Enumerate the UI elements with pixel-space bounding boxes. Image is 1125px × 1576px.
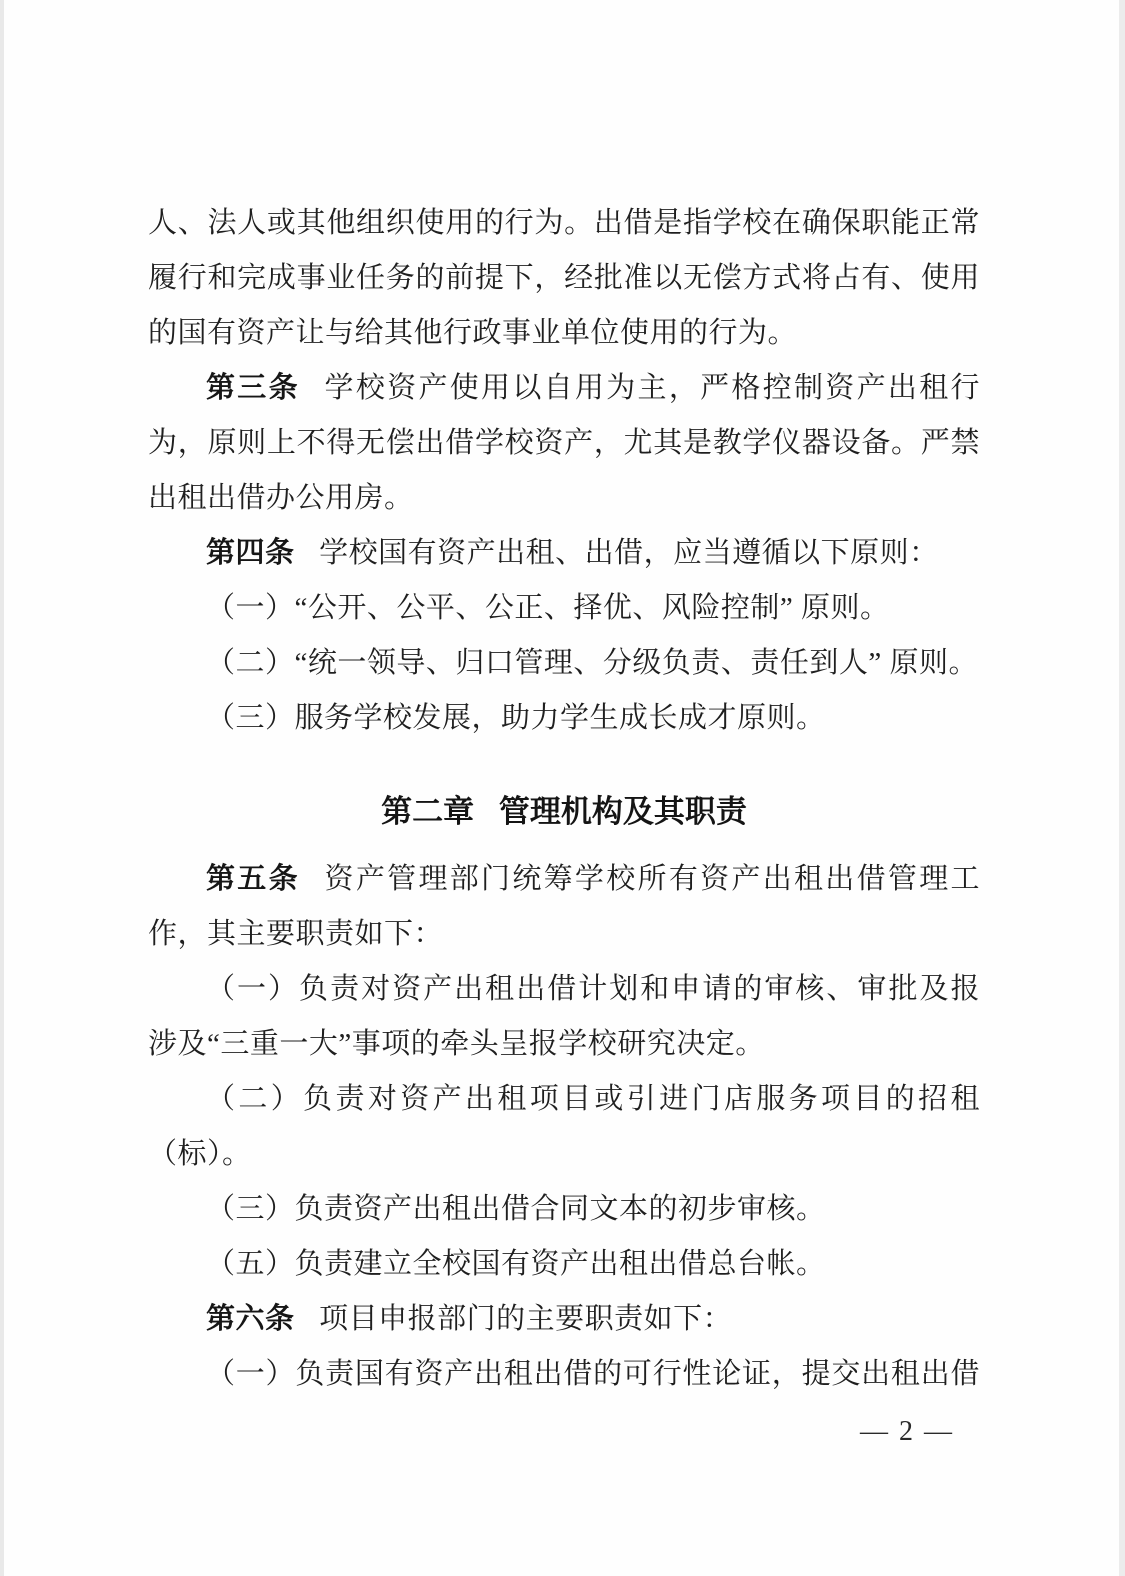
doc-line-text: 项目申报部门的主要职责如下：	[319, 1303, 732, 1335]
article-number: 第五条	[206, 863, 300, 895]
document-body: 人、法人或其他组织使用的行为。出借是指学校在确保职能正常 履行和完成事业任务的前…	[0, 0, 1125, 1452]
doc-line: 出租出借办公用房。	[148, 471, 980, 526]
document-page: 人、法人或其他组织使用的行为。出借是指学校在确保职能正常 履行和完成事业任务的前…	[0, 0, 1125, 1576]
doc-line: 人、法人或其他组织使用的行为。出借是指学校在确保职能正常	[148, 196, 980, 251]
chapter-title: 管理机构及其职责	[499, 794, 747, 829]
doc-line: （三）负责资产出租出借合同文本的初步审核。	[148, 1182, 980, 1237]
doc-line-article-6: 第六条项目申报部门的主要职责如下：	[148, 1292, 980, 1347]
doc-line: （二）“统一领导、归口管理、分级负责、责任到人” 原则。	[148, 636, 980, 691]
doc-line-text: 学校国有资产出租、出借，应当遵循以下原则：	[319, 537, 939, 569]
doc-line: （一）负责国有资产出租出借的可行性论证，提交出租出借	[148, 1347, 980, 1402]
doc-line: （三）服务学校发展，助力学生成长成才原则。	[148, 691, 980, 746]
article-number: 第六条	[206, 1303, 295, 1335]
doc-line: 履行和完成事业任务的前提下，经批准以无偿方式将占有、使用	[148, 251, 980, 306]
page-number: — 2 —	[148, 1412, 980, 1452]
chapter-number: 第二章	[381, 794, 474, 829]
doc-line-text: 资产管理部门统筹学校所有资产出租出借管理工	[325, 863, 980, 895]
article-number: 第三条	[206, 372, 300, 404]
doc-line: （二）负责对资产出租项目或引进门店服务项目的招租	[148, 1072, 980, 1127]
doc-line: （五）负责建立全校国有资产出租出借总台帐。	[148, 1237, 980, 1292]
doc-line: 作，其主要职责如下：	[148, 907, 980, 962]
doc-line: 为，原则上不得无偿出借学校资产，尤其是教学仪器设备。严禁	[148, 416, 980, 471]
article-number: 第四条	[206, 537, 295, 569]
doc-line-article-3: 第三条学校资产使用以自用为主，严格控制资产出租行	[148, 361, 980, 416]
doc-line: （一）负责对资产出租出借计划和申请的审核、审批及报备，	[148, 962, 980, 1017]
doc-line: 涉及“三重一大”事项的牵头呈报学校研究决定。	[148, 1017, 980, 1072]
doc-line: 的国有资产让与给其他行政事业单位使用的行为。	[148, 306, 980, 361]
doc-line: （标）。	[148, 1127, 980, 1182]
doc-line-article-5: 第五条资产管理部门统筹学校所有资产出租出借管理工	[148, 852, 980, 907]
doc-line-article-4: 第四条学校国有资产出租、出借，应当遵循以下原则：	[148, 526, 980, 581]
chapter-heading: 第二章管理机构及其职责	[148, 784, 980, 839]
doc-line-text: 学校资产使用以自用为主，严格控制资产出租行	[325, 372, 980, 404]
doc-line: （一）“公开、公平、公正、择优、风险控制” 原则。	[148, 581, 980, 636]
